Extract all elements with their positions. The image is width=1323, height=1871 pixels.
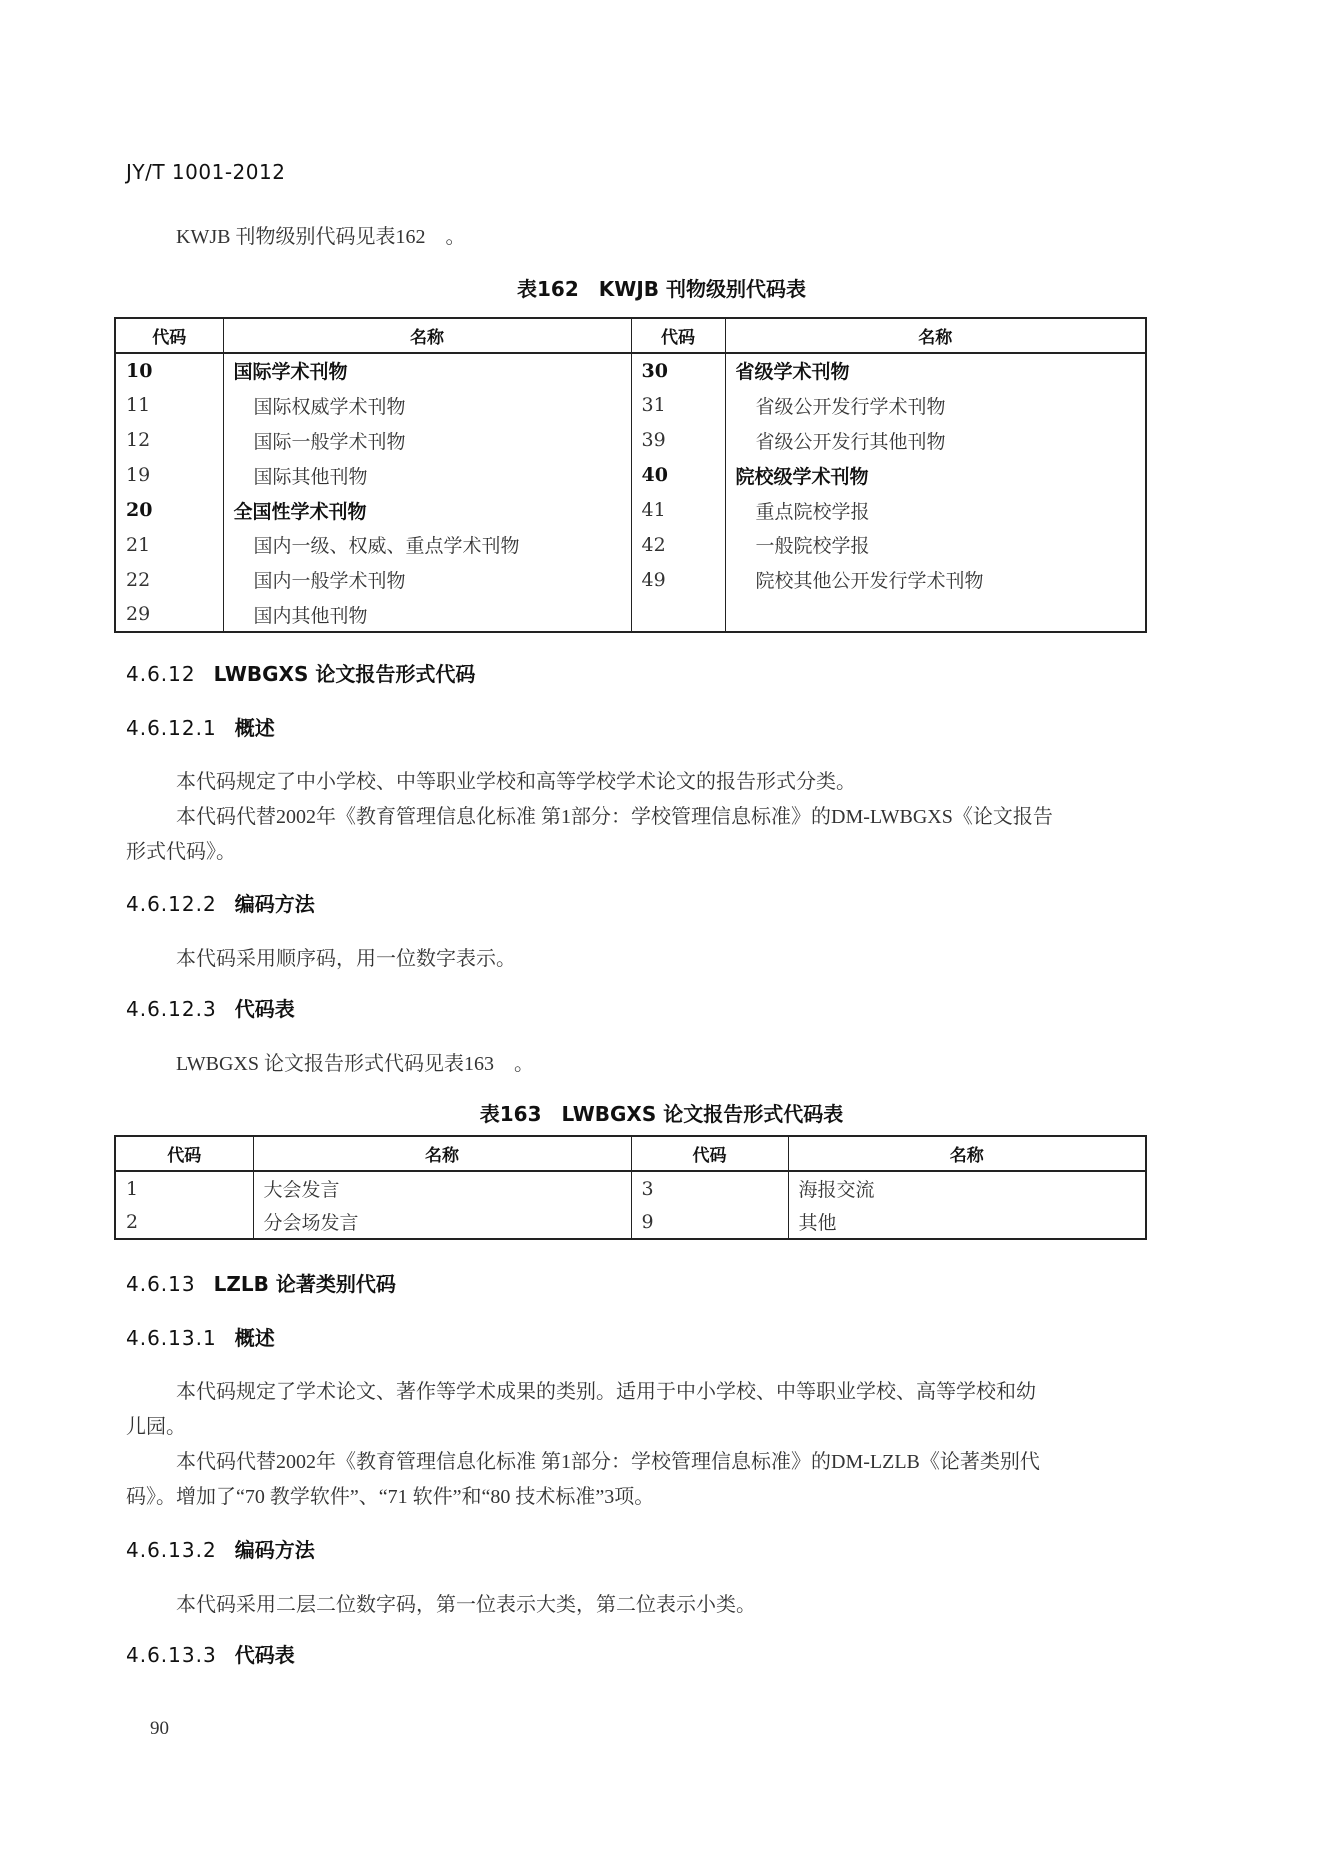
name-cell: 国际学术刊物 [223, 353, 631, 388]
code-cell: 20 [115, 493, 223, 528]
section-4-6-12-3-heading: 4.6.12.3代码表 [126, 993, 295, 1022]
name-cell: 国内一级、权威、重点学术刊物 [223, 527, 631, 562]
section-title: 编码方法 [235, 1538, 315, 1562]
table-row: 10国际学术刊物30省级学术刊物 [115, 353, 1146, 388]
section-4-6-13-1-heading: 4.6.13.1概述 [126, 1322, 275, 1351]
table-row: 1大会发言3海报交流 [115, 1171, 1146, 1205]
code-cell: 31 [631, 388, 725, 423]
name-cell: 国际权威学术刊物 [223, 388, 631, 423]
name-cell: 省级公开发行学术刊物 [725, 388, 1146, 423]
header-code: 代码 [631, 1136, 788, 1171]
section-4-6-12-heading: 4.6.12LWBGXS 论文报告形式代码 [126, 658, 475, 687]
header-name: 名称 [223, 318, 631, 353]
paragraph: 本代码规定了学术论文、著作等学术成果的类别。适用于中小学校、中等职业学校、高等学… [176, 1375, 1036, 1404]
paragraph-continuation: 码》。增加了“70 教学软件”、“71 软件”和“80 技术标准”3项。 [126, 1480, 654, 1509]
section-title: 代码表 [235, 997, 295, 1021]
code-cell: 1 [115, 1171, 253, 1205]
section-4-6-12-2-heading: 4.6.12.2编码方法 [126, 888, 315, 917]
table-row: 22国内一般学术刊物49院校其他公开发行学术刊物 [115, 562, 1146, 597]
name-cell: 分会场发言 [253, 1205, 631, 1239]
section-number: 4.6.13.2 [126, 1538, 217, 1562]
section-4-6-13-3-heading: 4.6.13.3代码表 [126, 1639, 295, 1668]
section-number: 4.6.12 [126, 662, 196, 686]
section-title: 代码表 [235, 1643, 295, 1667]
name-cell: 省级学术刊物 [725, 353, 1146, 388]
code-cell: 3 [631, 1171, 788, 1205]
section-number: 4.6.13.3 [126, 1643, 217, 1667]
section-title: 编码方法 [235, 892, 315, 916]
header-name: 名称 [788, 1136, 1146, 1171]
paragraph: 本代码采用二层二位数字码，第一位表示大类，第二位表示小类。 [176, 1588, 756, 1617]
section-number: 4.6.13.1 [126, 1326, 217, 1350]
name-cell: 全国性学术刊物 [223, 493, 631, 528]
section-number: 4.6.12.3 [126, 997, 217, 1021]
code-cell: 19 [115, 458, 223, 493]
section-number: 4.6.12.1 [126, 716, 217, 740]
header-name: 名称 [253, 1136, 631, 1171]
paragraph: 本代码代替2002年《教育管理信息化标准 第1部分：学校管理信息标准》的DM-L… [176, 800, 1053, 829]
name-cell: 院校级学术刊物 [725, 458, 1146, 493]
table-163: 代码 名称 代码 名称 1大会发言3海报交流2分会场发言9其他 [114, 1135, 1147, 1240]
code-cell: 12 [115, 423, 223, 458]
table-row: 11国际权威学术刊物31省级公开发行学术刊物 [115, 388, 1146, 423]
section-4-6-13-heading: 4.6.13LZLB 论著类别代码 [126, 1268, 396, 1297]
paragraph: 本代码规定了中小学校、中等职业学校和高等学校学术论文的报告形式分类。 [176, 765, 856, 794]
name-cell: 一般院校学报 [725, 527, 1146, 562]
section-number: 4.6.12.2 [126, 892, 217, 916]
code-cell: 41 [631, 493, 725, 528]
section-4-6-13-2-heading: 4.6.13.2编码方法 [126, 1534, 315, 1563]
name-cell [725, 597, 1146, 632]
name-cell: 国际一般学术刊物 [223, 423, 631, 458]
code-cell: 49 [631, 562, 725, 597]
code-cell: 29 [115, 597, 223, 632]
section-title: 概述 [235, 716, 275, 740]
name-cell: 海报交流 [788, 1171, 1146, 1205]
code-cell [631, 597, 725, 632]
code-cell: 22 [115, 562, 223, 597]
section-number: 4.6.13 [126, 1272, 196, 1296]
section-title: LWBGXS 论文报告形式代码 [214, 662, 476, 686]
page-number: 90 [150, 1718, 169, 1740]
table-row: 29国内其他刊物 [115, 597, 1146, 632]
paragraph-continuation: 形式代码》。 [126, 835, 236, 864]
paragraph: 本代码采用顺序码，用一位数字表示。 [176, 942, 516, 971]
intro-table-162: KWJB 刊物级别代码见表162 。 [176, 220, 465, 249]
name-cell: 重点院校学报 [725, 493, 1146, 528]
code-cell: 11 [115, 388, 223, 423]
header-code: 代码 [631, 318, 725, 353]
header-code: 代码 [115, 1136, 253, 1171]
table-header-row: 代码 名称 代码 名称 [115, 318, 1146, 353]
table-row: 19国际其他刊物40院校级学术刊物 [115, 458, 1146, 493]
code-cell: 9 [631, 1205, 788, 1239]
code-cell: 21 [115, 527, 223, 562]
name-cell: 国内其他刊物 [223, 597, 631, 632]
paragraph-continuation: 儿园。 [126, 1410, 186, 1439]
table-row: 21国内一级、权威、重点学术刊物42一般院校学报 [115, 527, 1146, 562]
table-header-row: 代码 名称 代码 名称 [115, 1136, 1146, 1171]
code-cell: 39 [631, 423, 725, 458]
code-cell: 40 [631, 458, 725, 493]
table-row: 20全国性学术刊物41重点院校学报 [115, 493, 1146, 528]
header-code: 代码 [115, 318, 223, 353]
table-163-caption: 表163 LWBGXS 论文报告形式代码表 [0, 1098, 1323, 1127]
name-cell: 其他 [788, 1205, 1146, 1239]
name-cell: 国际其他刊物 [223, 458, 631, 493]
code-cell: 42 [631, 527, 725, 562]
section-4-6-12-1-heading: 4.6.12.1概述 [126, 712, 275, 741]
header-name: 名称 [725, 318, 1146, 353]
section-title: 概述 [235, 1326, 275, 1350]
code-cell: 30 [631, 353, 725, 388]
name-cell: 国内一般学术刊物 [223, 562, 631, 597]
code-cell: 2 [115, 1205, 253, 1239]
code-cell: 10 [115, 353, 223, 388]
paragraph: 本代码代替2002年《教育管理信息化标准 第1部分：学校管理信息标准》的DM-L… [176, 1445, 1040, 1474]
name-cell: 院校其他公开发行学术刊物 [725, 562, 1146, 597]
table-162: 代码 名称 代码 名称 10国际学术刊物30省级学术刊物11国际权威学术刊物31… [114, 317, 1147, 633]
name-cell: 大会发言 [253, 1171, 631, 1205]
name-cell: 省级公开发行其他刊物 [725, 423, 1146, 458]
table-162-caption: 表162 KWJB 刊物级别代码表 [0, 273, 1323, 302]
standard-code: JY/T 1001-2012 [126, 160, 285, 184]
table-row: 12国际一般学术刊物39省级公开发行其他刊物 [115, 423, 1146, 458]
intro-table-163: LWBGXS 论文报告形式代码见表163 。 [176, 1047, 534, 1076]
section-title: LZLB 论著类别代码 [214, 1272, 396, 1296]
table-row: 2分会场发言9其他 [115, 1205, 1146, 1239]
